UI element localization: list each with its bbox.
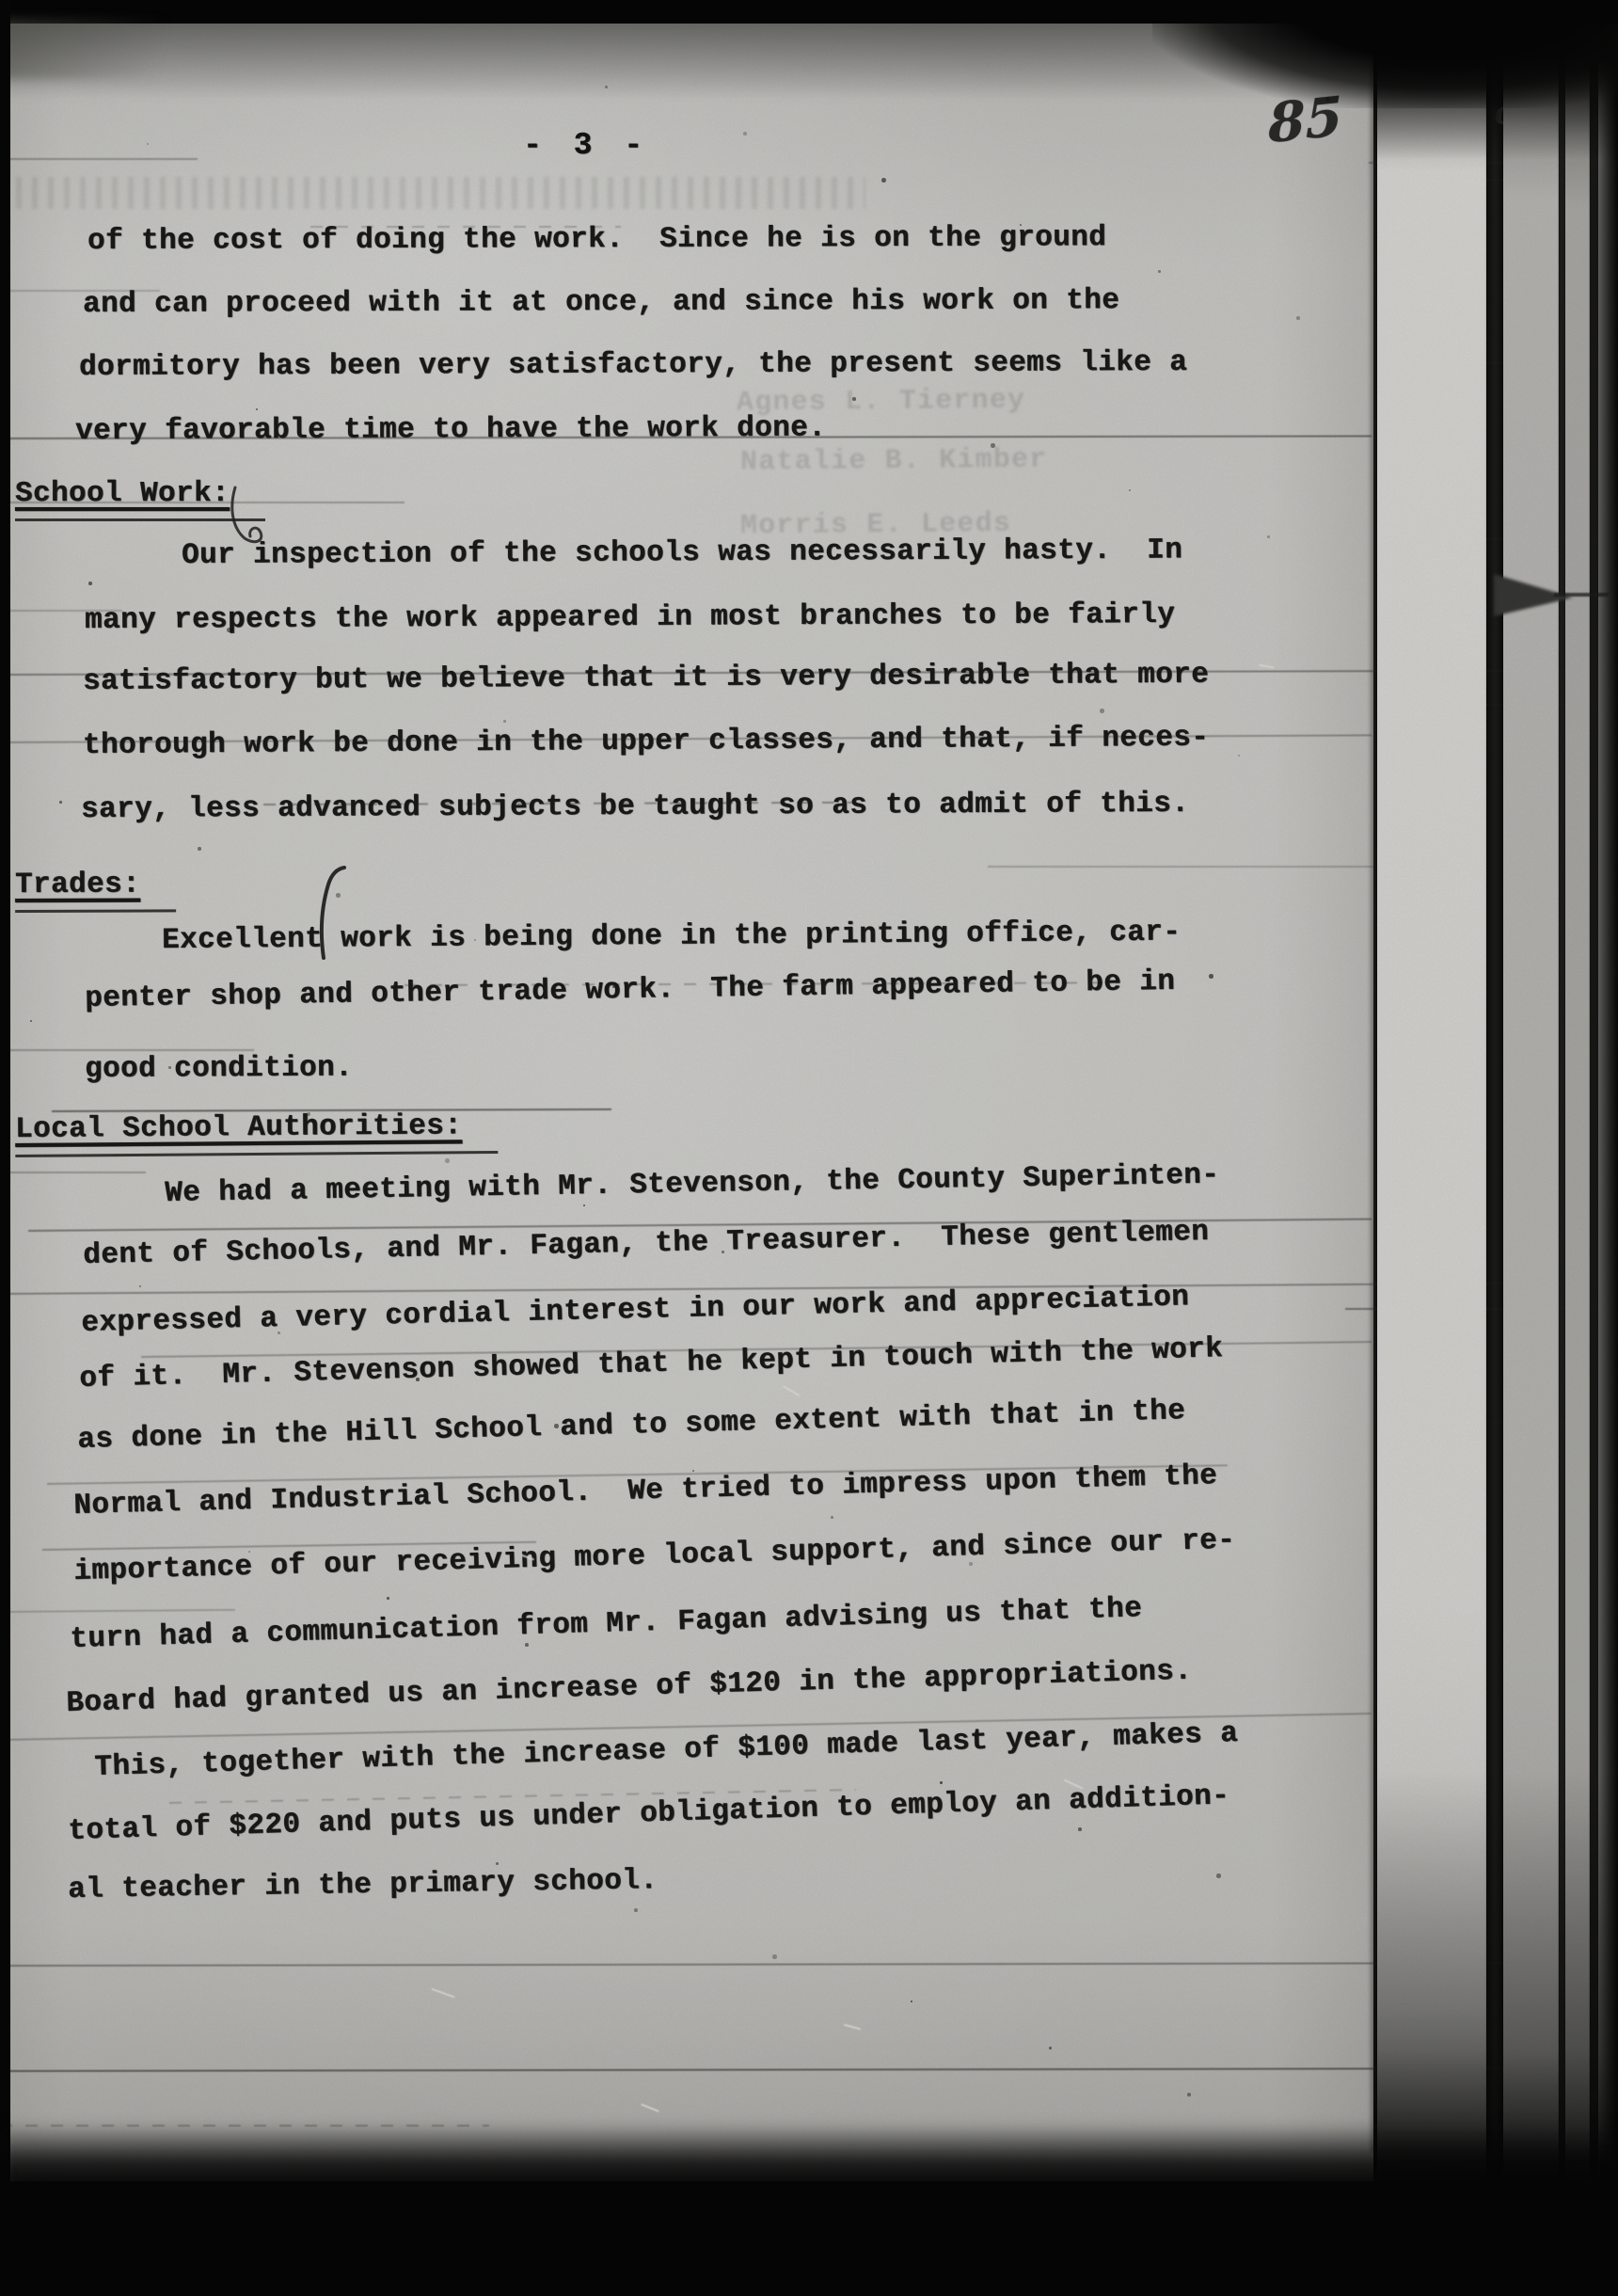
dust-speck (743, 132, 747, 136)
pen-slash-mark (310, 864, 352, 962)
handwritten-folio-number: 85 (1268, 85, 1343, 156)
film-border-top (0, 0, 1618, 24)
page-number: - 3 - (523, 128, 649, 163)
pen-squiggle-mark (222, 486, 282, 553)
dust-speck (496, 1862, 499, 1865)
dust-speck (801, 1735, 803, 1737)
scanned-document-page: Agnes L. TierneyNatalie B. KimberMorris … (0, 0, 1618, 2296)
typewritten-line: dormitory has been very satisfactory, th… (79, 347, 1187, 384)
section-heading: Local School Authorities: (15, 1110, 498, 1157)
dust-speck (1325, 97, 1330, 102)
dust-speck (365, 674, 367, 676)
typewritten-line: of the cost of doing the work. Since he … (87, 222, 1106, 258)
dust-speck (525, 1643, 529, 1647)
dust-speck (831, 1516, 833, 1519)
dust-speck (860, 1297, 864, 1300)
film-edge-band (1598, 0, 1618, 2296)
dust-speck (612, 985, 615, 988)
dust-speck (387, 1597, 389, 1600)
scan-line-artifact (0, 1049, 254, 1051)
dust-speck (1238, 755, 1240, 757)
scan-line-artifact (0, 1172, 146, 1173)
dust-speck (416, 1378, 420, 1381)
dust-speck (1216, 1873, 1221, 1878)
dust-speck (969, 1562, 973, 1566)
film-fold-line (1554, 593, 1609, 597)
dust-speck (722, 1251, 724, 1253)
dust-speck (940, 1781, 943, 1784)
page-gap-shadow (1486, 21, 1503, 2283)
dust-speck (663, 1689, 668, 1694)
dust-speck (88, 582, 92, 585)
scan-line-artifact (0, 158, 198, 160)
dust-speck (605, 86, 608, 88)
section-heading: Trades: (15, 869, 176, 913)
dust-speck (634, 1908, 638, 1912)
dust-speck (30, 1020, 32, 1022)
dust-speck (1020, 224, 1022, 226)
dust-speck (1078, 1827, 1082, 1831)
dust-speck (1187, 2093, 1191, 2097)
typewritten-line: many respects the work appeared in most … (85, 599, 1175, 637)
dust-speck (168, 1066, 171, 1069)
dust-speck (198, 847, 201, 851)
dust-speck (118, 362, 122, 367)
scan-line-artifact (988, 866, 1373, 868)
dust-speck (1209, 974, 1213, 979)
dust-speck (278, 1331, 280, 1334)
typewritten-line: sary, less advanced subjects be taught s… (81, 789, 1189, 826)
dust-speck (692, 1470, 694, 1472)
dust-speck (307, 1112, 310, 1116)
dust-speck (59, 801, 62, 804)
dust-speck (248, 1551, 250, 1553)
film-strip (1503, 21, 1559, 2283)
dust-speck (256, 408, 258, 410)
typewritten-line: very favorable time to have the work don… (75, 413, 826, 448)
dust-speck (474, 939, 476, 941)
dust-speck (1296, 316, 1300, 320)
adjacent-page-strip (1377, 21, 1486, 2283)
dust-speck (227, 628, 231, 632)
dust-speck (139, 1285, 141, 1287)
dust-speck (583, 1204, 585, 1206)
dust-speck (881, 178, 886, 183)
film-border-bottom (0, 2181, 1618, 2296)
ghost-signature: Natalie B. Kimber (740, 444, 1048, 479)
dust-speck (991, 443, 995, 448)
dust-speck (1049, 2047, 1052, 2049)
film-edge-line (1559, 21, 1565, 2283)
dust-speck (911, 2001, 912, 2002)
dust-speck (1129, 489, 1131, 491)
dust-speck (772, 1954, 777, 1959)
typewritten-line: good condition. (85, 1053, 353, 1086)
typewritten-line: Our inspection of the schools was necess… (182, 534, 1182, 572)
dust-speck (1158, 270, 1161, 273)
dust-speck (852, 397, 856, 401)
dust-speck (147, 143, 149, 145)
typewritten-line: and can proceed with it at once, and sin… (83, 285, 1119, 321)
film-strip (1565, 21, 1590, 2283)
scan-mottle-band (0, 177, 865, 209)
film-border-left (0, 0, 10, 2296)
dust-speck (503, 720, 506, 723)
dust-speck (1100, 709, 1104, 713)
dust-speck (445, 1158, 450, 1163)
dust-speck (554, 1424, 559, 1428)
film-edge-line (1590, 21, 1598, 2283)
dust-speck (336, 893, 341, 898)
page-edge-line (1371, 55, 1376, 2153)
dust-speck (1267, 535, 1270, 538)
